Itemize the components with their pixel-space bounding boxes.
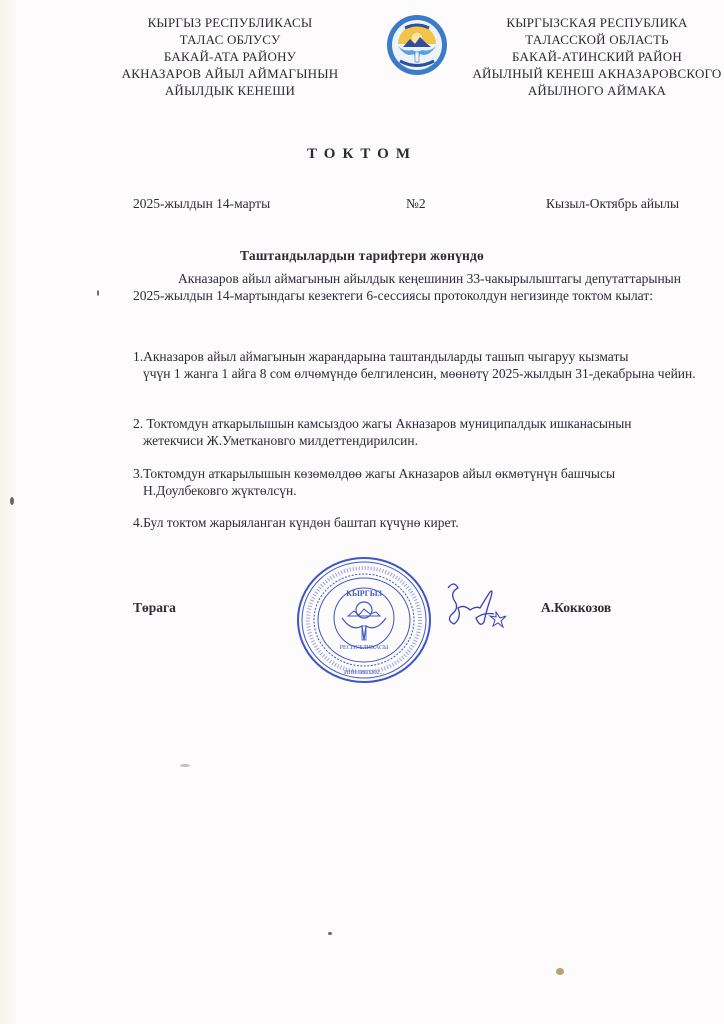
svg-text:РЕСПУБЛИКАСЫ: РЕСПУБЛИКАСЫ — [340, 645, 389, 651]
scan-speck — [328, 932, 332, 935]
header-russian: КЫРГЫЗСКАЯ РЕСПУБЛИКА ТАЛАССКОЙ ОБЛАСТЬ … — [470, 14, 724, 99]
scan-speck — [556, 968, 564, 975]
header-line: ТАЛАССКОЙ ОБЛАСТЬ — [470, 31, 724, 48]
clause-4: 4.Бул токтом жарыяланган күндөн баштап к… — [133, 514, 718, 531]
header-line: КЫРГЫЗСКАЯ РЕСПУБЛИКА — [470, 14, 724, 31]
chair-role-label: Төрага — [133, 600, 176, 616]
header-line: ТАЛАС ОБЛУСУ — [110, 31, 350, 48]
header-line: БАКАЙ-АТА РАЙОНУ — [110, 48, 350, 65]
official-round-seal-icon: КЫРГЫЗ РЕСПУБЛИКАСЫ ИНН 0803202... — [296, 556, 432, 684]
document-date: 2025-жылдын 14-марты — [133, 196, 270, 212]
intro-paragraph: Акназаров айыл аймагынын айылдык кеңешин… — [133, 270, 693, 304]
header-kyrgyz: КЫРГЫЗ РЕСПУБЛИКАСЫ ТАЛАС ОБЛУСУ БАКАЙ-А… — [110, 14, 350, 99]
header-line: АЙЫЛДЫК КЕНЕШИ — [110, 82, 350, 99]
clause-3: 3.Токтомдун аткарылышын көзөмөлдөө жагы … — [133, 465, 718, 499]
scan-speck — [97, 290, 99, 296]
clause-continuation: үчүн 1 жанга 1 айга 8 сом өлчөмүндө белг… — [133, 365, 718, 382]
header-line: АЙЫЛНЫЙ КЕНЕШ АКНАЗАРОВСКОГО — [470, 65, 724, 82]
document-page: КЫРГЫЗ РЕСПУБЛИКАСЫ ТАЛАС ОБЛУСУ БАКАЙ-А… — [0, 0, 724, 1024]
handwritten-signature-icon — [440, 578, 520, 634]
chair-name: А.Коккозов — [541, 600, 611, 616]
clause-1: 1.Акназаров айыл аймагынын жарандарына т… — [133, 348, 718, 382]
clause-2: 2. Токтомдун аткарылышын камсыздоо жагы … — [133, 415, 718, 449]
document-number: №2 — [406, 196, 426, 212]
svg-text:КЫРГЫЗ: КЫРГЫЗ — [346, 589, 382, 598]
header-line: АКНАЗАРОВ АЙЫЛ АЙМАГЫНЫН — [110, 65, 350, 82]
clause-continuation: жетекчиси Ж.Уметкановго милдеттендирилси… — [133, 432, 718, 449]
document-place: Кызыл-Октябрь айылы — [546, 196, 679, 212]
scan-speck — [180, 764, 190, 767]
clause-first-line: 1.Акназаров айыл аймагынын жарандарына т… — [133, 349, 628, 364]
kyrgyz-state-emblem-icon — [386, 14, 448, 76]
clause-first-line: 3.Токтомдун аткарылышын көзөмөлдөө жагы … — [133, 466, 615, 481]
intro-text: Акназаров айыл аймагынын айылдык кеңешин… — [133, 271, 681, 303]
header-line: БАКАЙ-АТИНСКИЙ РАЙОН — [470, 48, 724, 65]
scan-speck — [10, 497, 14, 505]
header-line: АЙЫЛНОГО АЙМАКА — [470, 82, 724, 99]
clause-continuation: Н.Доулбековго жүктөлсүн. — [133, 482, 718, 499]
clause-first-line: 2. Токтомдун аткарылышын камсыздоо жагы … — [133, 416, 632, 431]
document-subject: Таштандылардын тарифтери жөнүндө — [0, 248, 724, 264]
document-title: ТОКТОМ — [0, 146, 724, 163]
header-line: КЫРГЫЗ РЕСПУБЛИКАСЫ — [110, 14, 350, 31]
svg-text:ИНН 0803202...: ИНН 0803202... — [344, 670, 384, 676]
clause-first-line: 4.Бул токтом жарыяланган күндөн баштап к… — [133, 515, 459, 530]
